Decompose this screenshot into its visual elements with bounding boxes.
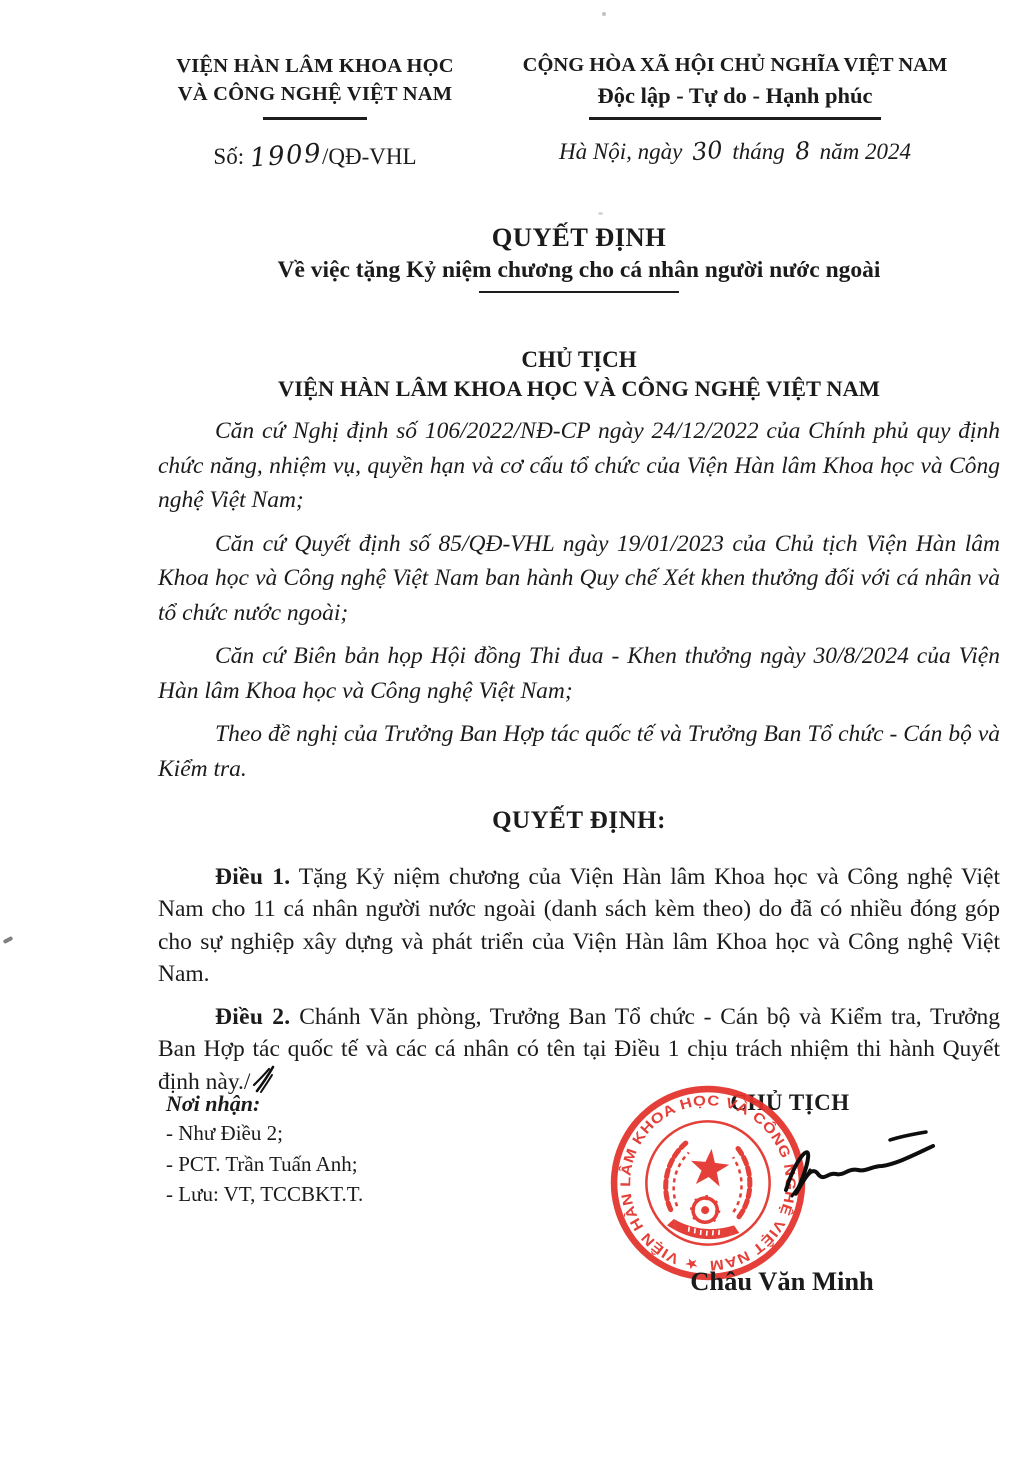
recipient-item: - Lưu: VT, TCCBKT.T.	[166, 1179, 363, 1210]
signer-name: Châu Văn Minh	[652, 1266, 912, 1297]
signature-handwriting	[770, 1126, 945, 1231]
scan-artifact	[3, 936, 14, 944]
national-motto: Độc lập - Tự do - Hạnh phúc	[500, 82, 970, 110]
issuer-underline	[263, 117, 367, 120]
article-2-label: Điều 2.	[215, 1004, 290, 1030]
issuer-block: VIỆN HÀN LÂM KHOA HỌC VÀ CÔNG NGHỆ VIỆT …	[148, 52, 482, 171]
scan-artifact	[598, 212, 603, 215]
national-header-block: CỘNG HÒA XÃ HỘI CHỦ NGHĨA VIỆT NAM Độc l…	[500, 52, 970, 165]
preamble-paragraph: Căn cứ Quyết định số 85/QĐ-VHL ngày 19/0…	[158, 527, 1000, 631]
recipient-item: - Như Điều 2;	[166, 1118, 363, 1149]
recipient-item: - PCT. Trần Tuấn Anh;	[166, 1149, 363, 1180]
preamble-paragraph: Căn cứ Biên bản họp Hội đồng Thi đua - K…	[158, 639, 1000, 708]
authority-block: CHỦ TỊCH VIỆN HÀN LÂM KHOA HỌC VÀ CÔNG N…	[158, 346, 1000, 403]
preamble-paragraph: Theo đề nghị của Trưởng Ban Hợp tác quốc…	[158, 717, 1000, 786]
preamble-paragraph: Căn cứ Nghị định số 106/2022/NĐ-CP ngày …	[158, 414, 1000, 518]
doc-number: Số: 1909/QĐ-VHL	[148, 141, 482, 171]
article-1: Điều 1. Tặng Kỷ niệm chương của Viện Hàn…	[158, 861, 1000, 991]
day-handwritten: 30	[687, 135, 728, 166]
document-page: VIỆN HÀN LÂM KHOA HỌC VÀ CÔNG NGHỆ VIỆT …	[0, 0, 1024, 1457]
doc-subject: Về việc tặng Kỷ niệm chương cho cá nhân …	[158, 255, 1000, 285]
month-handwritten: 8	[789, 136, 815, 166]
place-date-prefix: Hà Nội, ngày	[559, 139, 682, 164]
doc-number-label: Số:	[213, 144, 244, 169]
title-underline	[479, 291, 679, 293]
doc-heading: QUYẾT ĐỊNH	[158, 221, 1000, 253]
recipients-block: Nơi nhận: - Như Điều 2; - PCT. Trần Tuấn…	[166, 1090, 363, 1210]
month-label: tháng	[732, 139, 784, 164]
scan-artifact	[602, 12, 606, 16]
authority-org: VIỆN HÀN LÂM KHOA HỌC VÀ CÔNG NGHỆ VIỆT …	[158, 375, 1000, 403]
recipients-label: Nơi nhận:	[166, 1090, 363, 1118]
title-block: QUYẾT ĐỊNH Về việc tặng Kỷ niệm chương c…	[158, 221, 1000, 293]
authority-title: CHỦ TỊCH	[158, 346, 1000, 374]
doc-number-suffix: /QĐ-VHL	[322, 144, 417, 169]
year-label: năm 2024	[820, 139, 911, 164]
issuer-name-line1: VIỆN HÀN LÂM KHOA HỌC	[148, 52, 482, 80]
decision-heading: QUYẾT ĐỊNH:	[158, 807, 1000, 835]
article-2: Điều 2. Chánh Văn phòng, Trưởng Ban Tổ c…	[158, 1001, 1000, 1099]
doc-number-value-handwritten: 1909	[249, 138, 323, 173]
place-date: Hà Nội, ngày 30 tháng 8 năm 2024	[500, 137, 970, 165]
stamp-star-icon	[689, 1147, 731, 1187]
article-1-label: Điều 1.	[215, 864, 290, 890]
body-text: Căn cứ Nghị định số 106/2022/NĐ-CP ngày …	[158, 414, 1000, 1109]
issuer-name-line2: VÀ CÔNG NGHỆ VIỆT NAM	[148, 80, 482, 108]
motto-underline	[589, 117, 881, 120]
national-title: CỘNG HÒA XÃ HỘI CHỦ NGHĨA VIỆT NAM	[500, 52, 970, 78]
